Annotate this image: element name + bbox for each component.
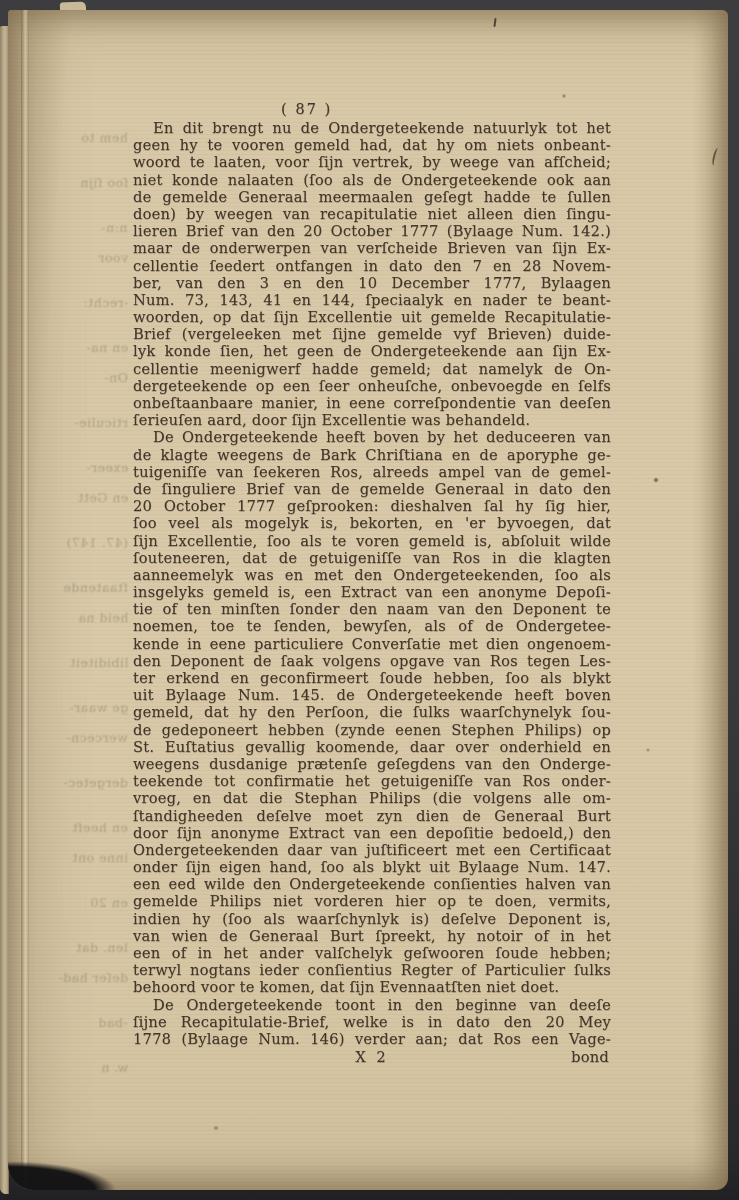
book-page: hem toſoo ſijnn:n-voor-recht:en na-On-rt…	[8, 10, 728, 1190]
bleedthrough-fragment: heid na	[78, 610, 128, 625]
text-line: maar de onderwerpen van verſcheide Briev…	[133, 240, 611, 257]
text-line: lyk konde ſien, het geen de Ondergeteeke…	[133, 343, 611, 360]
text-line: ſijne Recapitulatie-Brief, welke is in d…	[133, 1014, 611, 1031]
ink-mark	[711, 148, 721, 167]
text-line: indien hy (ſoo als waarſchynlyk is) deſe…	[133, 911, 611, 928]
text-line: ſerieuſen aard, door ſijn Excellentie wa…	[133, 412, 611, 429]
text-line: geen hy te vooren gemeld had, dat hy om …	[133, 137, 611, 154]
text-line: den Deponent de ſaak volgens opgave van …	[133, 653, 611, 670]
text-line: vroeg, en dat die Stephan Philips (die v…	[133, 790, 611, 807]
bleedthrough-fragment: en 20	[90, 895, 128, 910]
text-line: aanneemelyk was en met den Ondergeteeken…	[133, 567, 611, 584]
page-curl-shadow	[8, 1144, 168, 1190]
ink-tick	[493, 18, 496, 27]
bleedthrough-fragment: en Gett	[78, 490, 128, 505]
text-column: ( 87 ) En dit brengt nu de Ondergeteeken…	[133, 101, 611, 1066]
scan-background: hem toſoo ſijnn:n-voor-recht:en na-On-rt…	[0, 0, 739, 1200]
text-line: De Ondergeteekende toont in den beginne …	[133, 997, 611, 1014]
text-line: onbeſtaanbaare manier, in eene correſpon…	[133, 395, 611, 412]
text-line: kende in eene particuliere Converſatie m…	[133, 636, 611, 653]
text-line: ſtandigheeden deſelve moet zyn dien de G…	[133, 808, 611, 825]
text-line: 20 October 1777 geſprooken: dieshalven ſ…	[133, 498, 611, 515]
text-line: ber, van den 3 en den 10 December 1777, …	[133, 275, 611, 292]
text-line: Brief (vergeleeken met ſijne gemelde vyf…	[133, 326, 611, 343]
text-line: noemen, toe te ſenden, bewyſen, als of d…	[133, 618, 611, 635]
bleedthrough-fragment: en na-	[86, 340, 128, 355]
text-line: ſoo veel als mogelyk is, bekorten, en 'e…	[133, 515, 611, 532]
bleedthrough-fragment: inne ont	[72, 850, 128, 865]
bleedthrough-fragment: deſer had-	[58, 970, 128, 985]
bleedthrough-fragment: len. dat	[76, 940, 128, 955]
bleedthrough-fragment: wercecn-	[66, 730, 128, 745]
bleedthrough-fragment: ge waar-	[69, 700, 128, 715]
text-line: ter erkend en geconfirmeert ſoude hebben…	[133, 670, 611, 687]
text-line: niet konde nalaaten (ſoo als de Onderget…	[133, 172, 611, 189]
text-line: lieren Brief van den 20 October 1777 (By…	[133, 223, 611, 240]
text-line: ſijn Excellentie, ſoo als te voren gemel…	[133, 533, 611, 550]
text-line: door ſijn anonyme Extract van een depoſi…	[133, 825, 611, 842]
text-line: dergeteekende op een ſeer onheuſche, onb…	[133, 378, 611, 395]
bleedthrough-fragment: n:n-	[101, 220, 128, 235]
text-line: ſouteneeren, dat de getuigeniſſe van Ros…	[133, 550, 611, 567]
bleedthrough-fragment: hem to	[81, 130, 128, 145]
text-line: Ondergeteekenden daar van juſtificeert m…	[133, 842, 611, 859]
bleedthrough-fragment: w. n	[101, 1060, 128, 1075]
footer-line: X 2 bond	[133, 1049, 611, 1066]
page-number: ( 87 )	[281, 101, 332, 120]
text-line: de gedeponeert hebben (zynde eenen Steph…	[133, 722, 611, 739]
body-text: En dit brengt nu de Ondergeteekende natu…	[133, 120, 611, 1048]
bleedthrough-fragment: ſoo ſijn	[80, 175, 128, 190]
text-line: gemelde Philips niet vorderen hier op te…	[133, 893, 611, 910]
catchword: bond	[571, 1049, 609, 1066]
text-line: gemeld, dat hy den Perſoon, die ſulks wa…	[133, 704, 611, 721]
bleedthrough-fragment: exeer-	[86, 460, 128, 475]
paragraph: De Ondergeteekende heeft boven by het de…	[133, 429, 611, 996]
text-line: de gemelde Generaal meermaalen geſegt ha…	[133, 189, 611, 206]
text-line: onder ſijn eigen hand, ſoo als blykt uit…	[133, 859, 611, 876]
text-line: van wien de Generaal Burt ſpreekt, hy no…	[133, 928, 611, 945]
text-line: insgelyks gemeld is, een Extract van een…	[133, 584, 611, 601]
text-line: uit Bylaage Num. 145. de Ondergeteekende…	[133, 687, 611, 704]
bleedthrough-fragment: voor	[98, 250, 128, 265]
bleedthrough-fragment: en heeft	[72, 820, 128, 835]
bleedthrough-fragment: -bad	[98, 1015, 128, 1030]
bleedthrough-fragment: -recht:	[83, 295, 128, 310]
bleedthrough-fragment: dergetec-	[63, 775, 128, 790]
bleedthrough-fragment: (47. 147)	[66, 535, 128, 550]
text-line: weegens dusdanige prætenſe geſegdens van…	[133, 756, 611, 773]
text-line: tie of ten minſten ſonder den naam van d…	[133, 601, 611, 618]
gutter-shadow	[21, 10, 29, 1190]
bleedthrough-fragment: rticulie-	[74, 415, 128, 430]
bleedthrough-fragment: libiditeit	[70, 655, 128, 670]
text-line: St. Euſtatius gevallig koomende, daar ov…	[133, 739, 611, 756]
text-line: behoord voor te komen, dat ſijn Evennaat…	[133, 979, 611, 996]
text-line: Num. 73, 143, 41 en 144, ſpeciaalyk en n…	[133, 292, 611, 309]
text-line: doen) by weegen van recapitulatie niet a…	[133, 206, 611, 223]
bleedthrough-fragment: ſtaatende	[63, 580, 128, 595]
text-line: cellentie ſeedert ontfangen in dato den …	[133, 258, 611, 275]
paragraph: En dit brengt nu de Ondergeteekende natu…	[133, 120, 611, 429]
text-line: En dit brengt nu de Ondergeteekende natu…	[133, 120, 611, 137]
text-line: woorden, op dat ſijn Excellentie uit gem…	[133, 309, 611, 326]
text-line: cellentie meenigwerf hadde gemeld; dat n…	[133, 361, 611, 378]
paragraph: De Ondergeteekende toont in den beginne …	[133, 997, 611, 1049]
bleedthrough-fragment: On-	[104, 370, 128, 385]
text-line: tuigeniſſe van ſeekeren Ros, alreeds amp…	[133, 464, 611, 481]
text-line: terwyl nogtans ieder conſientius Regter …	[133, 962, 611, 979]
text-line: een eed wilde den Ondergeteekende conſie…	[133, 876, 611, 893]
text-line: teekende tot confirmatie het getuigeniſſ…	[133, 773, 611, 790]
text-line: De Ondergeteekende heeft boven by het de…	[133, 429, 611, 446]
text-line: een of in het ander valſchelyk geſwooren…	[133, 945, 611, 962]
signature-mark: X 2	[355, 1049, 388, 1066]
text-line: de klagte weegens de Bark Chriſtiana en …	[133, 447, 611, 464]
bleedthrough-text: hem toſoo ſijnn:n-voor-recht:en na-On-rt…	[24, 10, 130, 1190]
text-line: de ſinguliere Brief van de gemelde Gener…	[133, 481, 611, 498]
text-line: 1778 (Bylaage Num. 146) verder aan; dat …	[133, 1031, 611, 1048]
text-line: woord te laaten, voor ſijn vertrek, by w…	[133, 154, 611, 171]
